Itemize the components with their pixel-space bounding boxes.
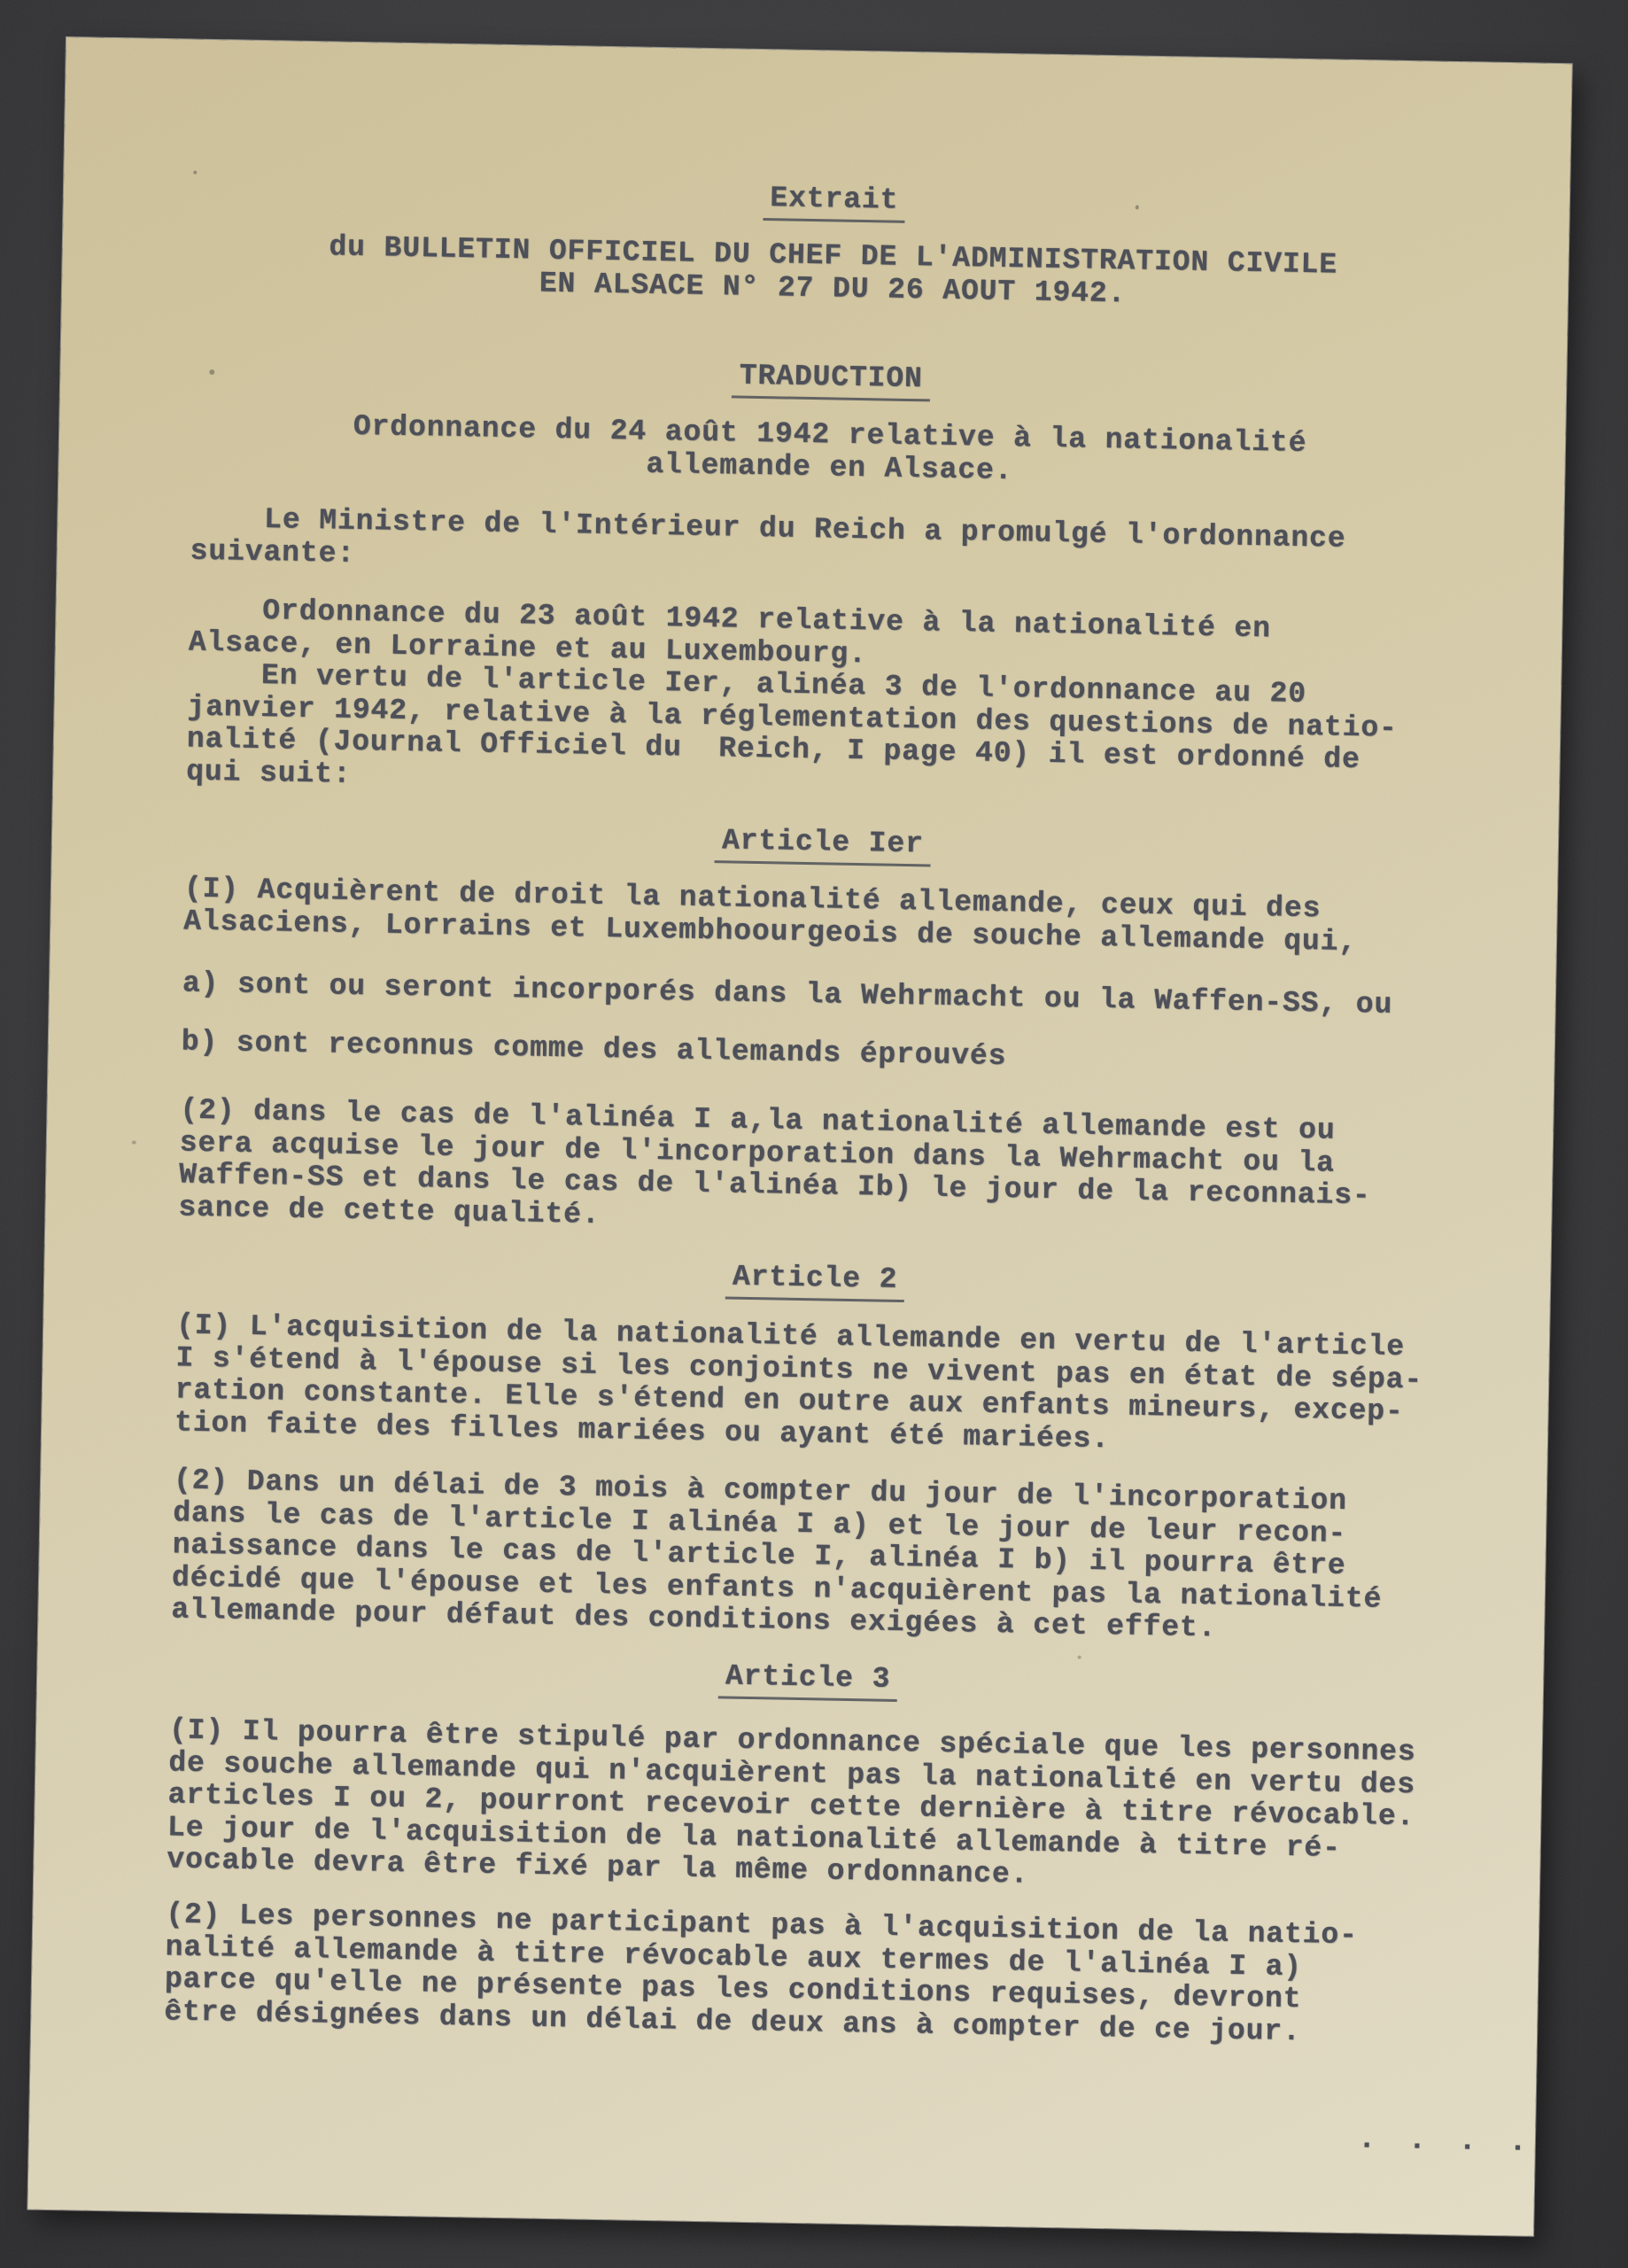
paper-speck <box>132 1141 136 1145</box>
article-1-heading-row: Article Ier <box>185 816 1461 876</box>
ordinance-title: Ordonnance du 24 août 1942 relative à la… <box>191 408 1468 496</box>
article-3-paragraph-1: (I) Il pourra être stipulé par ordonnanc… <box>167 1714 1445 1899</box>
paper-speck <box>193 171 197 175</box>
preamble-paragraph: Ordonnance du 23 août 1942 relative à la… <box>186 594 1465 812</box>
article-1-item-b: b) sont reconnus comme des allemands épr… <box>181 1026 1456 1081</box>
section-heading-row: TRADUCTION <box>193 351 1469 411</box>
article-2-heading: Article 2 <box>725 1261 905 1301</box>
section-heading: TRADUCTION <box>732 360 930 400</box>
article-1-item-a: a) sont ou seront incorporés dans la Weh… <box>182 968 1458 1023</box>
article-3-paragraph-2: (2) Les personnes ne participant pas à l… <box>164 1899 1441 2051</box>
intro-paragraph: Le Ministre de l'Intérieur du Reich a pr… <box>190 503 1466 591</box>
footer-dots: . . . . <box>1358 2123 1534 2160</box>
document-source: du BULLETIN OFFICIEL DU CHEF DE L'ADMINI… <box>195 229 1471 317</box>
scan-background: Extrait du BULLETIN OFFICIEL DU CHEF DE … <box>0 0 1628 2268</box>
paper-speck <box>1078 1656 1081 1659</box>
paper-speck <box>209 369 214 375</box>
article-1-paragraph-1: (I) Acquièrent de droit la nationalité a… <box>183 874 1460 961</box>
article-2-heading-row: Article 2 <box>177 1251 1454 1311</box>
document-title-row: Extrait <box>197 173 1473 233</box>
document-title: Extrait <box>763 183 906 222</box>
article-3-heading-row: Article 3 <box>170 1651 1446 1711</box>
article-1-heading: Article Ier <box>715 825 931 866</box>
article-3-heading: Article 3 <box>718 1660 898 1701</box>
document-page: Extrait du BULLETIN OFFICIEL DU CHEF DE … <box>27 37 1571 2236</box>
article-2-paragraph-2: (2) Dans un délai de 3 mois à compter du… <box>171 1464 1449 1649</box>
article-1-paragraph-2: (2) dans le cas de l'alinéa I a,la natio… <box>178 1094 1455 1247</box>
article-2-paragraph-1: (I) L'acquisition de la nationalité alle… <box>174 1309 1452 1462</box>
